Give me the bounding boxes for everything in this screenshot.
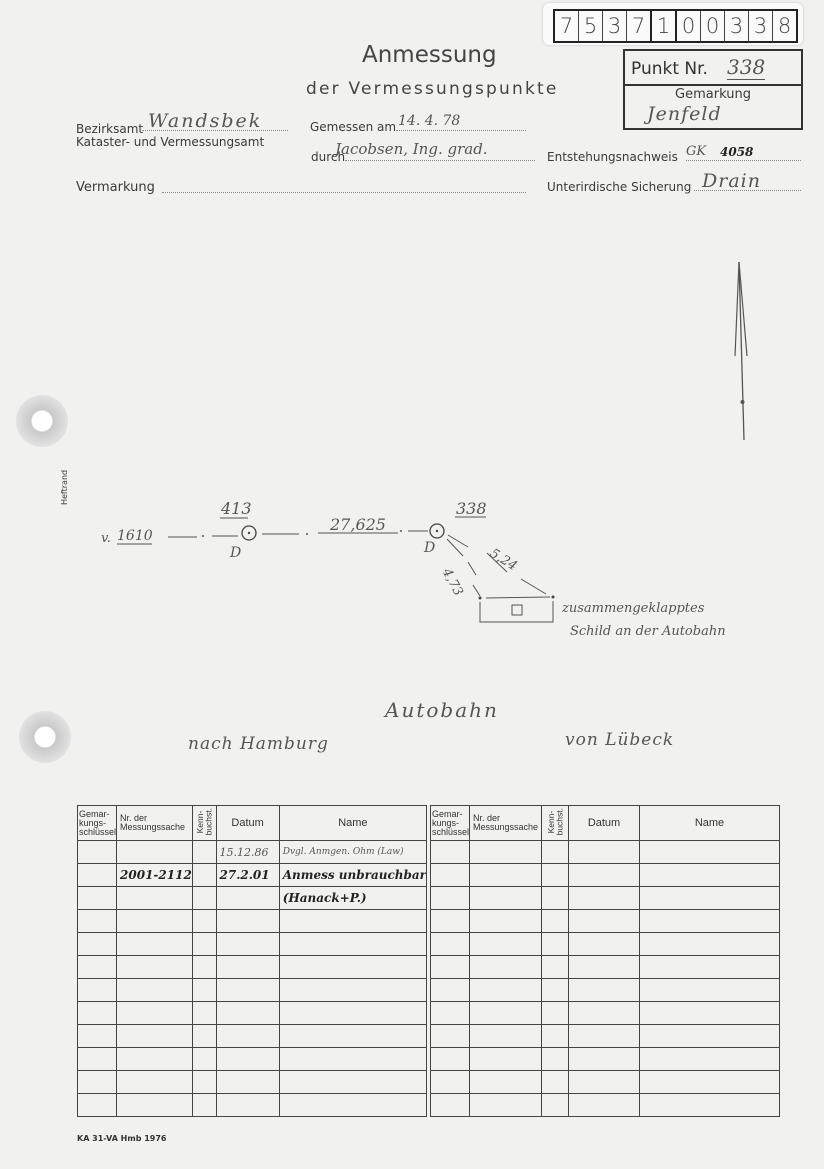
cell-kennbuchst[interactable]	[192, 864, 216, 887]
cell-schluessel[interactable]	[78, 933, 117, 956]
cell-datum[interactable]	[216, 1094, 279, 1117]
table-row	[78, 1071, 427, 1094]
cell-schluessel[interactable]	[78, 1002, 117, 1025]
cell-kennbuchst[interactable]	[542, 956, 569, 979]
cell-kennbuchst[interactable]	[542, 933, 569, 956]
ref-point-prefix: v.	[101, 531, 111, 546]
table-row	[78, 1094, 427, 1117]
cell-name[interactable]	[279, 979, 426, 1002]
cell-name[interactable]	[279, 1071, 426, 1094]
cell-name[interactable]	[640, 841, 780, 864]
cell-datum[interactable]	[569, 956, 640, 979]
cell-schluessel[interactable]	[78, 1048, 117, 1071]
cell-schluessel[interactable]	[78, 956, 117, 979]
table-row	[431, 887, 780, 910]
table-row	[78, 1002, 427, 1025]
register-table-right: Gemar- kungs- schlüssel Nr. der Messungs…	[430, 805, 780, 1117]
ref-point-value: 1610	[117, 528, 153, 544]
cell-schluessel[interactable]	[431, 979, 470, 1002]
cell-name[interactable]: (Hanack+P.)	[279, 887, 426, 910]
road-label: Autobahn	[385, 698, 499, 722]
cell-messungssache[interactable]	[470, 910, 542, 933]
cell-messungssache[interactable]	[117, 1048, 193, 1071]
cell-kennbuchst[interactable]	[192, 933, 216, 956]
cell-datum[interactable]	[569, 910, 640, 933]
cell-name[interactable]	[640, 979, 780, 1002]
cell-datum[interactable]	[216, 1002, 279, 1025]
table-row	[431, 956, 780, 979]
distance-main: 27,625	[330, 515, 386, 534]
cell-schluessel[interactable]	[431, 887, 470, 910]
register-table-left: Gemar- kungs- schlüssel Nr. der Messungs…	[77, 805, 427, 1117]
header-schluessel: Gemar- kungs- schlüssel	[431, 806, 470, 841]
cell-messungssache[interactable]	[470, 864, 542, 887]
cell-kennbuchst[interactable]	[542, 1071, 569, 1094]
cell-schluessel[interactable]	[78, 910, 117, 933]
cell-schluessel[interactable]	[78, 841, 117, 864]
cell-messungssache[interactable]	[117, 841, 193, 864]
table-row: (Hanack+P.)	[78, 887, 427, 910]
cell-name[interactable]	[640, 1071, 780, 1094]
cell-kennbuchst[interactable]	[192, 1094, 216, 1117]
table-row	[78, 1048, 427, 1071]
point-a-mark: D	[230, 545, 241, 561]
cell-datum[interactable]	[569, 887, 640, 910]
cell-name[interactable]	[279, 1002, 426, 1025]
cell-kennbuchst[interactable]	[192, 841, 216, 864]
cell-datum[interactable]	[216, 1048, 279, 1071]
cell-kennbuchst[interactable]	[192, 1048, 216, 1071]
header-messungssache: Nr. der Messungssache	[470, 806, 542, 841]
cell-name[interactable]	[279, 933, 426, 956]
cell-name[interactable]: Anmess unbrauchbar	[279, 864, 426, 887]
cell-kennbuchst[interactable]	[542, 979, 569, 1002]
table-row	[431, 841, 780, 864]
cell-schluessel[interactable]	[431, 1048, 470, 1071]
cell-name[interactable]	[640, 956, 780, 979]
cell-schluessel[interactable]	[431, 1094, 470, 1117]
table-row	[78, 933, 427, 956]
cell-name[interactable]	[279, 1025, 426, 1048]
direction-right: von Lübeck	[565, 730, 674, 750]
cell-messungssache[interactable]: 2001-2112	[117, 864, 193, 887]
cell-messungssache[interactable]	[470, 887, 542, 910]
cell-messungssache[interactable]	[470, 1048, 542, 1071]
cell-kennbuchst[interactable]	[192, 1071, 216, 1094]
cell-kennbuchst[interactable]	[542, 864, 569, 887]
sign-marker	[512, 605, 522, 615]
cell-kennbuchst[interactable]	[192, 1002, 216, 1025]
cell-schluessel[interactable]	[431, 864, 470, 887]
cell-datum[interactable]: 27.2.01	[216, 864, 279, 887]
header-name: Name	[279, 806, 426, 841]
sign-note-line2: Schild an der Autobahn	[570, 624, 726, 639]
cell-schluessel[interactable]	[431, 841, 470, 864]
cell-name[interactable]	[279, 1048, 426, 1071]
cell-kennbuchst[interactable]	[542, 1025, 569, 1048]
point-b-label: 338	[456, 499, 487, 518]
cell-schluessel[interactable]	[431, 1025, 470, 1048]
cell-name[interactable]	[640, 1025, 780, 1048]
form-number: KA 31-VA Hmb 1976	[77, 1134, 166, 1143]
cell-schluessel[interactable]	[431, 933, 470, 956]
cell-name[interactable]: Dvgl. Anmgen. Ohm (Law)	[279, 841, 426, 864]
cell-schluessel[interactable]	[431, 1002, 470, 1025]
cell-name[interactable]	[279, 956, 426, 979]
cell-datum[interactable]	[569, 841, 640, 864]
cell-name[interactable]	[640, 1048, 780, 1071]
cell-messungssache[interactable]	[117, 910, 193, 933]
header-kennbuchst: Kenn- buchst.	[542, 806, 569, 841]
cell-name[interactable]	[279, 910, 426, 933]
cell-messungssache[interactable]	[117, 956, 193, 979]
cell-datum[interactable]	[569, 1025, 640, 1048]
cell-datum[interactable]	[216, 887, 279, 910]
point-a-label: 413	[221, 499, 252, 518]
cell-name[interactable]	[640, 1094, 780, 1117]
header-name: Name	[640, 806, 780, 841]
cell-schluessel[interactable]	[78, 1071, 117, 1094]
table-row	[78, 956, 427, 979]
cell-datum[interactable]	[216, 933, 279, 956]
cell-kennbuchst[interactable]	[192, 956, 216, 979]
cell-schluessel[interactable]	[431, 956, 470, 979]
cell-kennbuchst[interactable]	[542, 841, 569, 864]
cell-kennbuchst[interactable]	[542, 887, 569, 910]
cell-kennbuchst[interactable]	[542, 1094, 569, 1117]
table-row	[431, 1048, 780, 1071]
table-row	[78, 1025, 427, 1048]
cell-datum[interactable]	[216, 910, 279, 933]
cell-datum[interactable]	[569, 933, 640, 956]
cell-schluessel[interactable]	[431, 1071, 470, 1094]
cell-datum[interactable]	[216, 956, 279, 979]
header-datum: Datum	[569, 806, 640, 841]
cell-messungssache[interactable]	[470, 1025, 542, 1048]
cell-datum[interactable]	[216, 1025, 279, 1048]
cell-kennbuchst[interactable]	[192, 979, 216, 1002]
cell-name[interactable]	[640, 910, 780, 933]
cell-datum[interactable]	[569, 1048, 640, 1071]
cell-datum[interactable]	[216, 979, 279, 1002]
cell-messungssache[interactable]	[470, 1002, 542, 1025]
cell-messungssache[interactable]	[117, 1094, 193, 1117]
cell-name[interactable]	[279, 1094, 426, 1117]
table-row	[431, 1002, 780, 1025]
table-row	[78, 979, 427, 1002]
cell-datum[interactable]	[569, 1094, 640, 1117]
cell-name[interactable]	[640, 864, 780, 887]
cell-messungssache[interactable]	[117, 933, 193, 956]
table-row	[78, 910, 427, 933]
cell-datum[interactable]	[569, 1071, 640, 1094]
table-row: 2001-211227.2.01Anmess unbrauchbar	[78, 864, 427, 887]
cell-datum[interactable]	[216, 1071, 279, 1094]
cell-messungssache[interactable]	[117, 887, 193, 910]
header-schluessel: Gemar- kungs- schlüssel	[78, 806, 117, 841]
cell-kennbuchst[interactable]	[542, 1048, 569, 1071]
cell-messungssache[interactable]	[117, 1071, 193, 1094]
cell-name[interactable]	[640, 1002, 780, 1025]
table-row	[431, 1025, 780, 1048]
header-datum: Datum	[216, 806, 279, 841]
cell-schluessel[interactable]	[78, 979, 117, 1002]
cell-name[interactable]	[640, 933, 780, 956]
table-row	[431, 933, 780, 956]
survey-sketch	[0, 0, 824, 700]
cell-name[interactable]	[640, 887, 780, 910]
cell-messungssache[interactable]	[470, 841, 542, 864]
table-row	[431, 864, 780, 887]
table-row	[431, 1094, 780, 1117]
sign-note-line1: zusammengeklapptes	[562, 601, 704, 616]
table-row	[431, 1071, 780, 1094]
header-messungssache: Nr. der Messungssache	[117, 806, 193, 841]
cell-schluessel[interactable]	[431, 910, 470, 933]
point-b-mark: D	[424, 540, 435, 556]
cell-kennbuchst[interactable]	[192, 887, 216, 910]
cell-messungssache[interactable]	[117, 979, 193, 1002]
cell-schluessel[interactable]	[78, 1025, 117, 1048]
table-row	[431, 979, 780, 1002]
cell-kennbuchst[interactable]	[542, 1002, 569, 1025]
header-kennbuchst: Kenn- buchst.	[192, 806, 216, 841]
cell-datum[interactable]	[569, 1002, 640, 1025]
cell-messungssache[interactable]	[117, 1025, 193, 1048]
cell-kennbuchst[interactable]	[192, 1025, 216, 1048]
table-row	[431, 910, 780, 933]
cell-messungssache[interactable]	[470, 979, 542, 1002]
cell-schluessel[interactable]	[78, 887, 117, 910]
direction-left: nach Hamburg	[188, 734, 329, 754]
cell-schluessel[interactable]	[78, 864, 117, 887]
cell-kennbuchst[interactable]	[192, 910, 216, 933]
cell-datum[interactable]	[569, 979, 640, 1002]
cell-messungssache[interactable]	[470, 1071, 542, 1094]
binder-hole-bottom	[19, 711, 71, 763]
cell-messungssache[interactable]	[470, 933, 542, 956]
table-row: 15.12.86Dvgl. Anmgen. Ohm (Law)	[78, 841, 427, 864]
cell-datum[interactable]: 15.12.86	[216, 841, 279, 864]
cell-messungssache[interactable]	[117, 1002, 193, 1025]
cell-messungssache[interactable]	[470, 1094, 542, 1117]
cell-schluessel[interactable]	[78, 1094, 117, 1117]
cell-datum[interactable]	[569, 864, 640, 887]
cell-kennbuchst[interactable]	[542, 910, 569, 933]
cell-messungssache[interactable]	[470, 956, 542, 979]
